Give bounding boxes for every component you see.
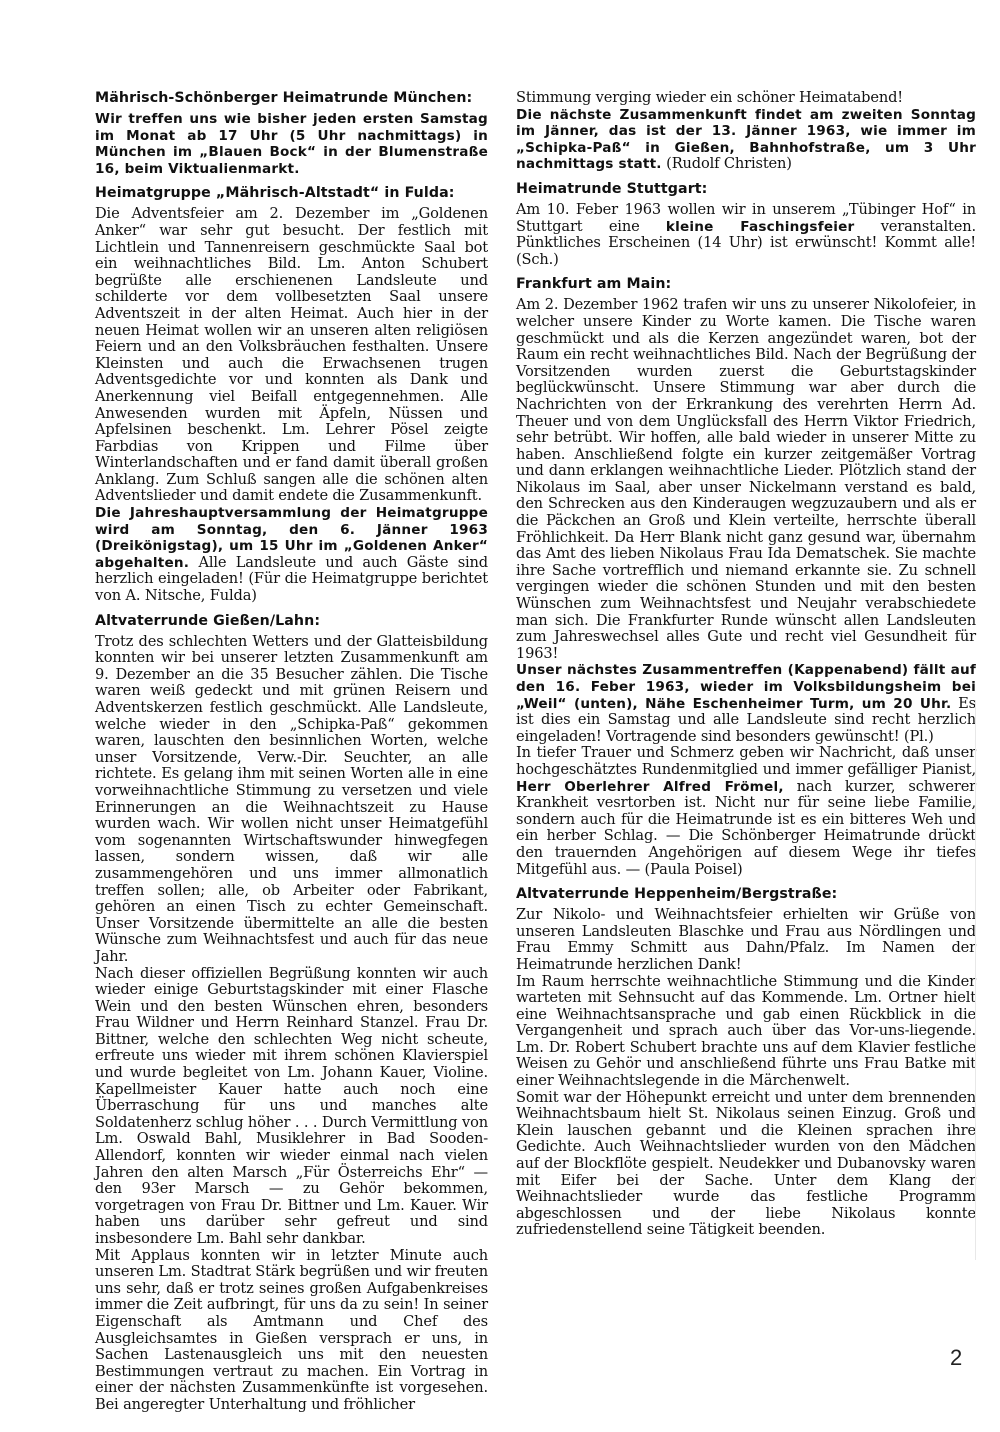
article-paragraph: Unser nächstes Zusammentreffen (Kappenab… [516,662,976,745]
section-giessen-continued: Stimmung verging wieder ein schöner Heim… [516,90,976,173]
section-stuttgart: Heimatrunde Stuttgart: Am 10. Feber 1963… [516,181,976,268]
article-paragraph: Die Jahreshauptversammlung der Heimatgru… [95,505,488,605]
highlight-bold-text: kleine Faschingsfeier [666,219,855,235]
article-paragraph: Am 2. Dezember 1962 trafen wir uns zu un… [516,297,976,662]
section-heading: Frankfurt am Main: [516,276,976,293]
article-paragraph: Somit war der Höhepunkt erreicht und unt… [516,1090,976,1239]
section-frankfurt: Frankfurt am Main: Am 2. Dezember 1962 t… [516,276,976,878]
article-paragraph: Trotz des schlechten Wetters und der Gla… [95,634,488,966]
right-column: Stimmung verging wieder ein schöner Heim… [516,90,976,1239]
section-muenchen: Mährisch-Schönberger Heimatrunde München… [95,90,488,177]
highlight-bold-text: Herr Oberlehrer Alfred Frömel, [516,779,784,795]
section-heading: Altvaterrunde Heppenheim/Bergstraße: [516,886,976,903]
article-paragraph: Am 10. Feber 1963 wollen wir in unserem … [516,202,976,268]
section-giessen: Altvaterrunde Gießen/Lahn: Trotz des sch… [95,613,488,1414]
article-paragraph: Die nächste Zusammenkunft findet am zwei… [516,107,976,173]
paragraph-text: In tiefer Trauer und Schmerz geben wir N… [516,744,976,778]
article-paragraph: Im Raum herrschte weihnachtliche Stimmun… [516,974,976,1090]
obituary-paragraph: In tiefer Trauer und Schmerz geben wir N… [516,745,976,878]
announcement-bold-text: Unser nächstes Zusammentreffen (Kappenab… [516,662,976,711]
left-column: Mährisch-Schönberger Heimatrunde München… [95,90,488,1414]
article-paragraph: Zur Nikolo- und Weihnachtsfeier erhielte… [516,907,976,973]
section-heading: Heimatrunde Stuttgart: [516,181,976,198]
article-paragraph: Mit Applaus konnten wir in letzter Minut… [95,1248,488,1414]
continuation-paragraph: Stimmung verging wieder ein schöner Heim… [516,90,976,107]
section-heading: Altvaterrunde Gießen/Lahn: [95,613,488,630]
section-heading: Heimatgruppe „Mährisch-Altstadt“ in Fuld… [95,185,488,202]
announcement-paragraph: Wir treffen uns wie bisher jeden ersten … [95,111,488,177]
article-paragraph: Die Adventsfeier am 2. Dezember im „Gold… [95,206,488,505]
scan-edge-divider [975,700,976,1260]
section-fulda: Heimatgruppe „Mährisch-Altstadt“ in Fuld… [95,185,488,604]
page-number: 2 [950,1345,962,1371]
section-heppenheim: Altvaterrunde Heppenheim/Bergstraße: Zur… [516,886,976,1239]
signature: (Rudolf Christen) [662,155,792,172]
section-heading: Mährisch-Schönberger Heimatrunde München… [95,90,488,107]
article-paragraph: Nach dieser offiziellen Begrüßung konnte… [95,966,488,1248]
